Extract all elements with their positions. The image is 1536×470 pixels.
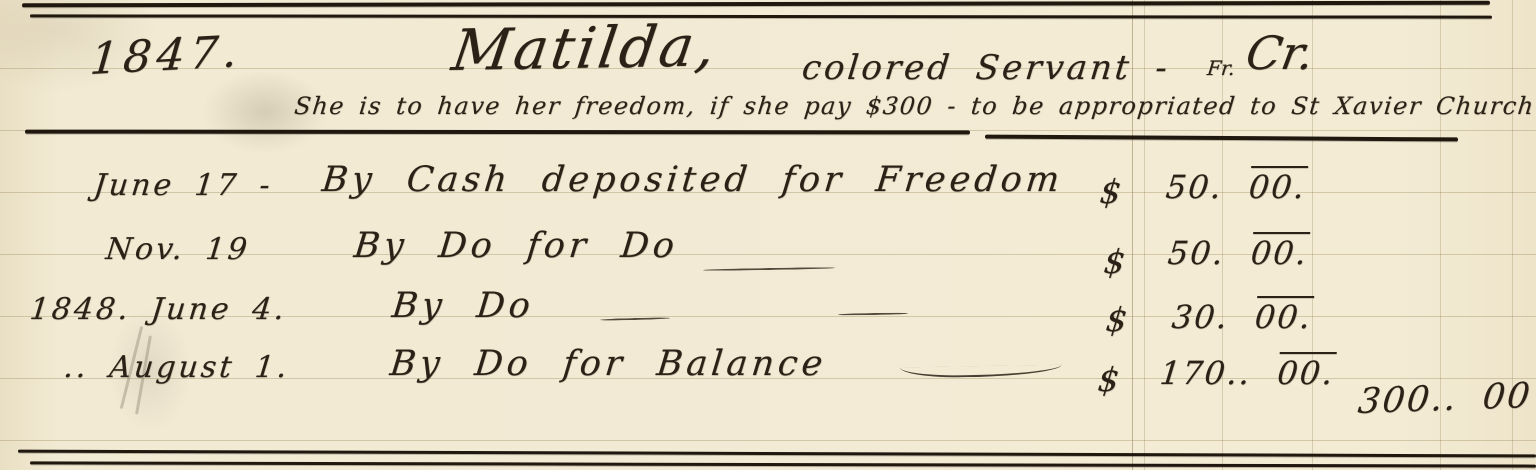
top-rule-2 — [30, 14, 1492, 18]
entry-date: .. August 1. — [62, 350, 291, 385]
entry-date: June 17 - — [92, 168, 274, 203]
ledger-page: 1847. Matilda, colored Servant - Fr. Cr.… — [0, 0, 1536, 470]
ditto-dash-line — [600, 317, 670, 321]
bottom-rule-1 — [18, 450, 1536, 458]
ditto-flourish-line — [900, 365, 1062, 379]
top-rule-1 — [22, 1, 1490, 8]
grand-total: 300.. 00 — [1356, 376, 1534, 422]
total-dollars: 300.. — [1356, 379, 1460, 422]
ditto-dash-line — [703, 267, 835, 271]
entry-amount: 30. 00. — [1170, 298, 1314, 336]
ledger-year: 1847. — [88, 26, 244, 85]
entry-description: By Cash deposited for Freedom — [320, 160, 1065, 200]
amount-dollars: 170.. — [1158, 354, 1253, 392]
amount-dollars: 50. — [1166, 234, 1227, 272]
dollar-sign: $ — [1102, 242, 1127, 281]
ledger-title-name: Matilda, — [448, 13, 722, 84]
dollar-sign: $ — [1104, 300, 1129, 339]
amount-cents: 00. — [1249, 234, 1310, 272]
amount-dollars: 50. — [1164, 168, 1225, 206]
folio-abbreviation: Fr. — [1206, 56, 1236, 80]
manumission-note: She is to have her freedom, if she pay $… — [293, 92, 1536, 120]
feint-line-vertical — [1312, 0, 1313, 470]
amount-cents: 00. — [1247, 168, 1308, 206]
ledger-title-descriptor: colored Servant - — [800, 48, 1172, 88]
feint-line-horizontal — [0, 440, 1536, 441]
entry-description: By Do for Balance — [388, 344, 828, 384]
total-cents: 00 — [1481, 376, 1534, 418]
entry-amount: 170.. 00. — [1158, 354, 1336, 392]
entry-description: By Do — [390, 286, 536, 326]
amount-dollars: 30. — [1170, 298, 1231, 336]
credit-abbreviation: Cr. — [1242, 26, 1318, 80]
entry-description: By Do for Do — [352, 226, 680, 266]
dollar-sign: $ — [1096, 360, 1121, 399]
dollar-sign: $ — [1098, 172, 1123, 211]
header-underline-left — [25, 130, 970, 135]
amount-cents: 00. — [1253, 298, 1314, 336]
bottom-rule-2 — [30, 461, 1536, 467]
entry-amount: 50. 00. — [1164, 168, 1308, 206]
entry-date: 1848. June 4. — [28, 292, 289, 327]
amount-cents: 00. — [1276, 354, 1337, 392]
entry-date: Nov. 19 — [104, 232, 252, 267]
entry-amount: 50. 00. — [1166, 234, 1310, 272]
